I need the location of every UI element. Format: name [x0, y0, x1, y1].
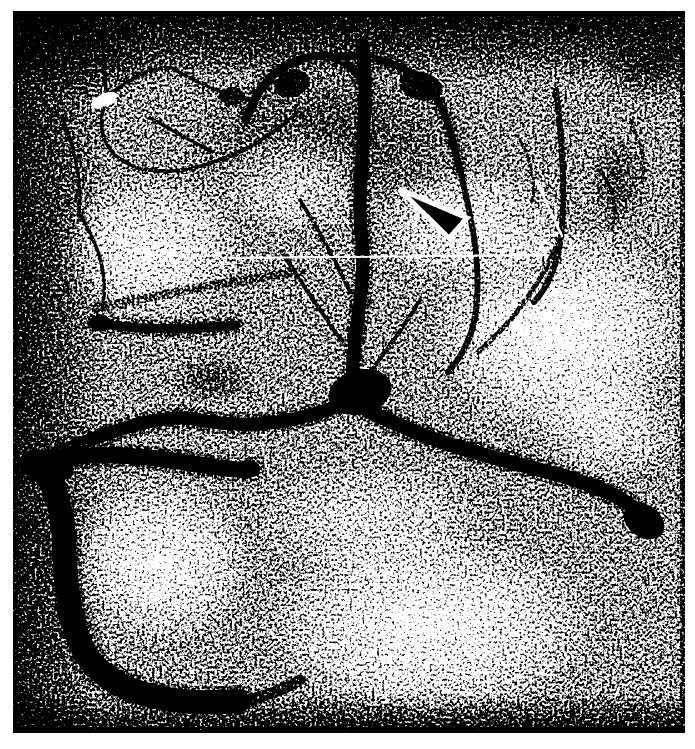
- halftone-image-area: [13, 11, 695, 733]
- angiogram-figure: [0, 0, 695, 749]
- scanned-figure-page: [0, 0, 695, 749]
